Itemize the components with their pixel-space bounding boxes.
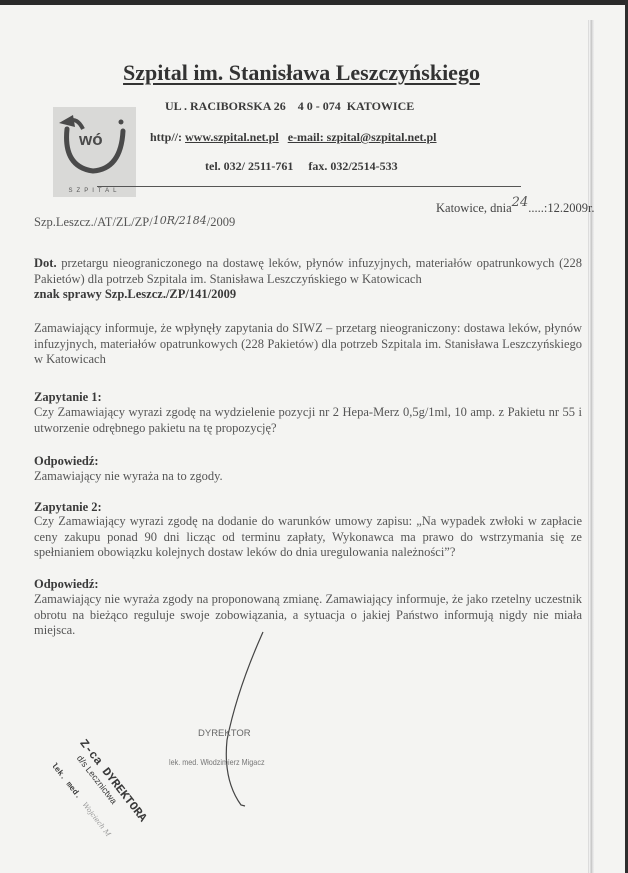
scan-top-edge [0, 0, 628, 5]
scan-fold-line [588, 20, 594, 873]
intro-paragraph: Zamawiający informuje, że wpłynęły zapyt… [34, 321, 582, 368]
email-link[interactable]: e-mail: szpital@szpital.net.pl [288, 130, 437, 144]
question-1-label: Zapytanie 1: [34, 390, 582, 406]
question-1-text: Czy Zamawiający wyrazi zgodę na wydziele… [34, 405, 582, 436]
answer-2-text: Zamawiający nie wyraża zgody na proponow… [34, 592, 582, 639]
website-link[interactable]: www.szpital.net.pl [185, 130, 279, 144]
reference-number: Szp.Leszcz./AT/ZL/ZP/10R/2184/2009 [34, 215, 235, 230]
answer-1-label: Odpowiedź: [34, 454, 582, 470]
contact-phone-fax: tel. 032/ 2511-761 fax. 032/2514-533 [205, 159, 398, 174]
signatory-title: DYREKTOR [198, 728, 251, 739]
smile-arrow-logo-icon: wó [53, 107, 136, 187]
hospital-address: UL . RACIBORSKA 26 4 0 - 074 KATOWICE [165, 99, 414, 114]
handwritten-day: 24 [512, 195, 529, 210]
case-number: znak sprawy Szp.Leszcz./ZP/141/2009 [34, 287, 236, 301]
letterhead-title: Szpital im. Stanisława Leszczyńskiego [0, 60, 628, 86]
contact-web-line: http//: www.szpital.net.pl e-mail: szpit… [150, 130, 437, 145]
answer-2-label: Odpowiedź: [34, 577, 582, 593]
signatory-name: lek. med. Włodzimierz Migacz [169, 757, 265, 767]
svg-text:wó: wó [78, 130, 103, 149]
question-2-text: Czy Zamawiający wyrazi zgodę na dodanie … [34, 514, 582, 561]
subject-text: przetargu nieograniczonego na dostawę le… [34, 256, 582, 286]
subject-block: Dot. przetargu nieograniczonego na dosta… [34, 256, 582, 303]
stamp-line-signature: Wojciech M [81, 801, 113, 838]
handwritten-reference: 10R/2184 [153, 214, 207, 227]
handwritten-signature [215, 630, 275, 810]
answer-1-text: Zamawiający nie wyraża na to zgody. [34, 469, 582, 485]
logo-caption: SZPITAL [53, 188, 136, 194]
stamp-line-degree: lek. med. [49, 761, 83, 801]
hospital-logo: wó SZPITAL [53, 107, 136, 197]
letterhead-divider [97, 186, 521, 187]
place-and-date: Katowice, dnia24.....:12.2009r. [436, 201, 595, 216]
subject-label: Dot. [34, 256, 57, 270]
